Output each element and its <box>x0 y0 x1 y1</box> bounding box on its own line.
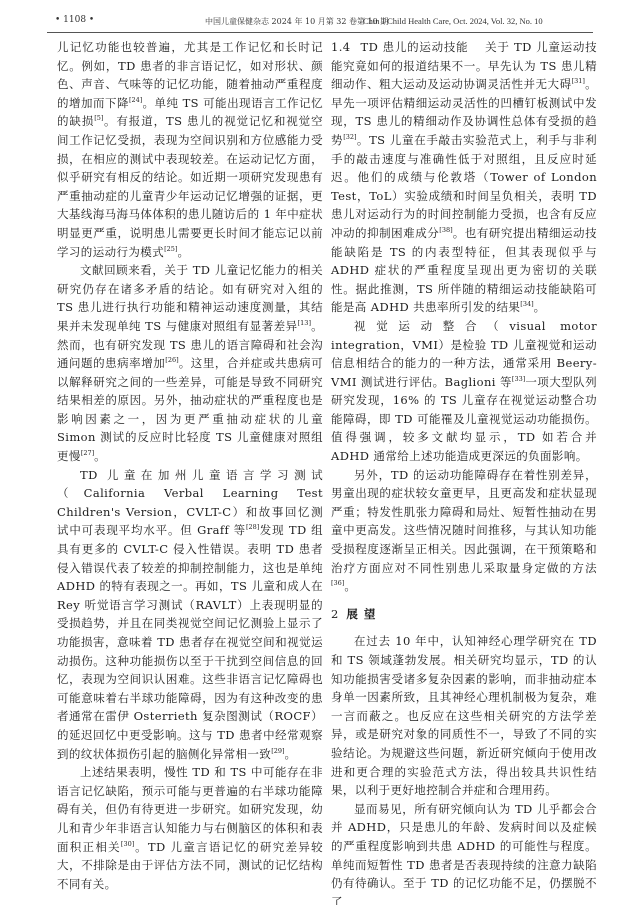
citation-ref: [13] <box>298 319 311 327</box>
citation-ref: [31] <box>572 77 585 85</box>
citation-ref: [33] <box>512 375 525 383</box>
section-number: 2 <box>331 607 338 621</box>
paragraph: 儿记忆功能也较普遍，尤其是工作记忆和长时记忆。例如，TD 患者的非言语记忆，如对… <box>57 38 323 261</box>
citation-ref: [28] <box>246 523 259 531</box>
subsection-paragraph: 1.4TD 患儿的运动技能 关于 TD 儿童运动技能究竟如何的报道结果不一。早先… <box>331 38 597 317</box>
citation-ref: [36] <box>331 579 344 587</box>
paragraph: 在过去 10 年中，认知神经心理学研究在 TD 和 TS 领域蓬勃发展。相关研究… <box>331 632 597 799</box>
citation-ref: [34] <box>520 300 533 308</box>
citation-ref: [25] <box>164 245 177 253</box>
subsection-title: TD 患儿的运动技能 <box>361 40 469 54</box>
section-title: 展望 <box>346 607 381 621</box>
paragraph-body: 关于 TD 儿童运动技能究竟如何的报道结果不一。早先认为 TS 患儿精细动作、粗… <box>331 40 597 314</box>
citation-ref: [26] <box>165 356 178 364</box>
page-number: • 1108 • <box>55 15 94 25</box>
paragraph: 另外，TD 的运动功能障碍存在着性别差异，男童出现的症状较女童更早，且更高发和症… <box>331 466 597 596</box>
left-column: 儿记忆功能也较普遍，尤其是工作记忆和长时记忆。例如，TD 患者的非言语记忆，如对… <box>57 38 323 893</box>
paragraph: TD 儿童在加州儿童语言学习测试（California Verbal Learn… <box>57 466 323 764</box>
journal-title-en: Chin J Child Health Care, Oct. 2024, Vol… <box>363 16 543 26</box>
subsection-heading: 1.4TD 患儿的运动技能 <box>331 40 473 54</box>
citation-ref: [38] <box>439 226 452 234</box>
right-column: 1.4TD 患儿的运动技能 关于 TD 儿童运动技能究竟如何的报道结果不一。早先… <box>331 38 597 905</box>
citation-ref: [24] <box>129 96 142 104</box>
page-header: • 1108 • 中国儿童保健杂志 2024 年 10 月第 32 卷第 10 … <box>47 0 593 33</box>
journal-title-cn: 中国儿童保健杂志 2024 年 10 月第 32 卷第 10 期 <box>205 16 388 27</box>
citation-ref: [5] <box>94 114 103 122</box>
paragraph: 文献回顾来看，关于 TD 儿童记忆能力的相关研究仍存在诸多矛盾的结论。如有研究对… <box>57 261 323 466</box>
citation-ref: [30] <box>121 840 134 848</box>
subsection-number: 1.4 <box>331 40 351 54</box>
citation-ref: [27] <box>81 449 94 457</box>
citation-ref: [29] <box>271 747 284 755</box>
section-heading: 2展望 <box>331 605 597 624</box>
paragraph: 显而易见，所有研究倾向认为 TD 儿乎都会合并 ADHD，只是患儿的年龄、发病时… <box>331 800 597 905</box>
paragraph: 视觉运动整合（visual motor integration，VMI）是检验 … <box>331 317 597 466</box>
citation-ref: [32] <box>343 133 356 141</box>
paragraph: 上述结果表明，慢性 TD 和 TS 中可能存在非语言记忆缺陷，预示可能与更普遍的… <box>57 763 323 893</box>
